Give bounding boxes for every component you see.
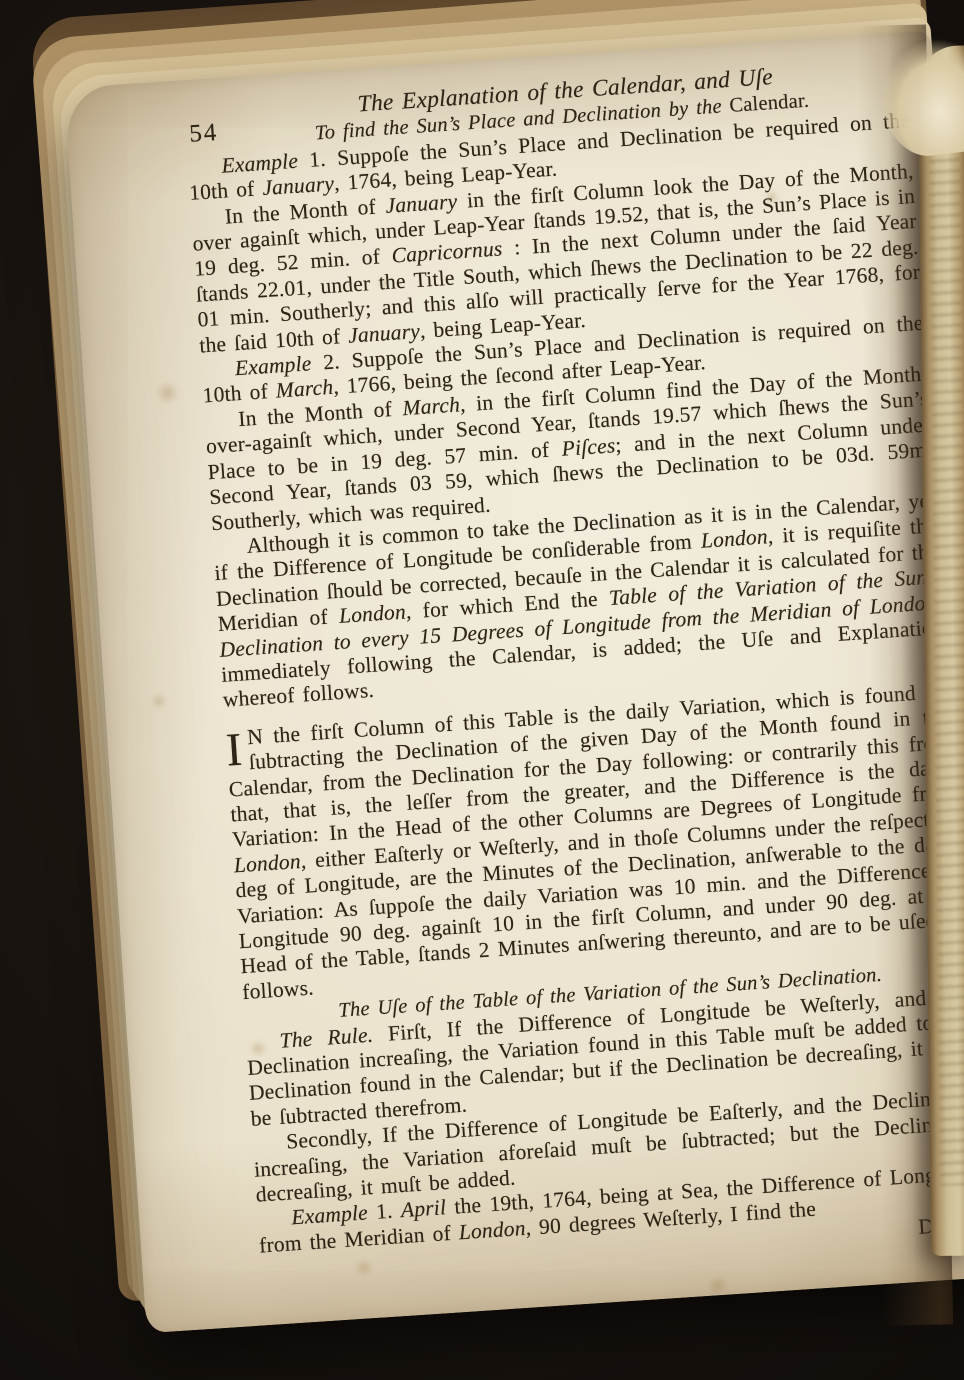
text-block: 54 The Explanation of the Calendar, and …: [183, 56, 964, 1284]
para-6: IN the firſt Column of this Table is the…: [225, 679, 964, 1006]
body-flow: To find the Sun’s Place and Declination …: [185, 82, 964, 1258]
book-photo-scene: 54 The Explanation of the Calendar, and …: [0, 0, 964, 1380]
page-number: 54: [189, 120, 220, 147]
foxing-stain: [150, 693, 167, 710]
foxing-stain: [154, 381, 181, 405]
show-through-text-lines: [929, 94, 964, 1186]
book-page: 54 The Explanation of the Calendar, and …: [64, 30, 964, 1333]
drop-cap: I: [225, 725, 250, 772]
foxing-stain: [704, 1276, 731, 1294]
